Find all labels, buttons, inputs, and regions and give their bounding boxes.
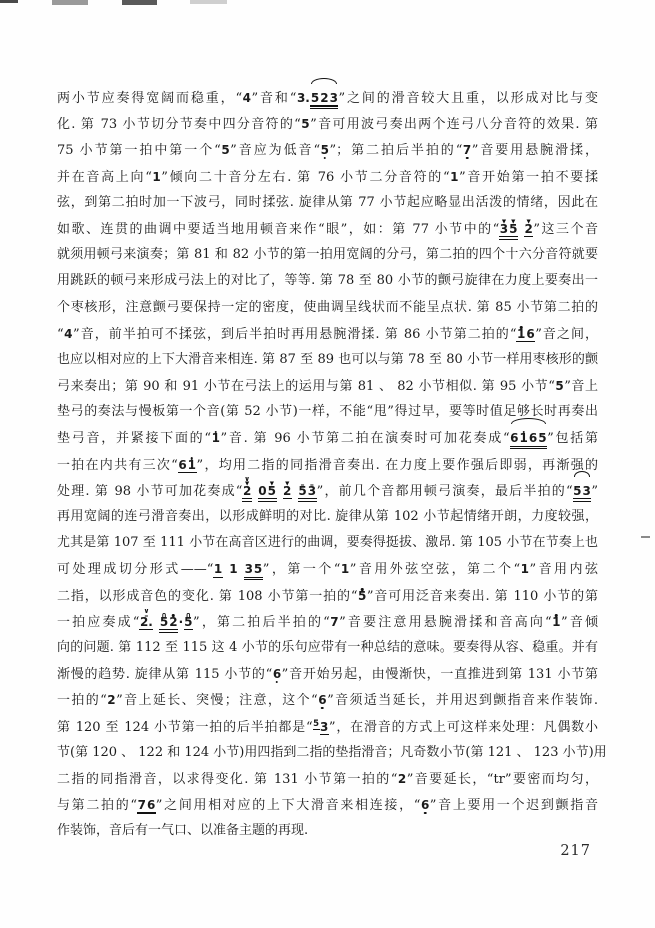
notation-digit: 3▼ — [499, 222, 508, 236]
octave-dot-above-icon — [520, 326, 523, 329]
notation-digit: 5 — [573, 484, 582, 498]
rhythm-underline — [320, 734, 329, 735]
bowing-marks: – — [301, 483, 305, 487]
notation-digit: 3– — [307, 484, 316, 498]
jianpu-notation: 6 — [272, 661, 281, 687]
rhythm-underline-2 — [320, 108, 329, 109]
text-line: 作装饰，音后有一气口、以准备主题的再现. — [57, 818, 598, 844]
rhythm-underline-2 — [253, 579, 262, 580]
rhythm-underline — [139, 629, 153, 630]
notation-digit: 1 — [340, 562, 349, 576]
rhythm-underline — [538, 446, 547, 447]
rhythm-underline — [169, 629, 178, 630]
notation-digit: 5 — [320, 143, 329, 157]
jianpu-notation: 1 — [520, 556, 529, 582]
notation-digit: 1 — [519, 431, 528, 445]
notation-digit: 5▼ — [509, 222, 518, 236]
rhythm-underline-2 — [329, 108, 338, 109]
scanned-page: 两小节应奏得宽阔而稳重，“4”音和“3.523”之间的滑音较大且重，以形成对比与… — [0, 0, 655, 928]
jianpu-notation: 1 — [211, 425, 220, 451]
bowing-marks: ∩ — [161, 612, 167, 618]
text-line: 如歌、连贯的曲调中要适当地用顿音来作“眼”，如：第 77 小节中的“3▼5▼2▼… — [57, 216, 598, 242]
octave-dot-below-icon — [324, 157, 327, 160]
notation-digit: 1 — [211, 431, 220, 445]
rhythm-underline-2 — [573, 501, 582, 502]
bowing-marks: – — [310, 483, 314, 487]
notation-digit: 2▼ — [524, 222, 533, 236]
rhythm-underline — [509, 236, 518, 237]
text-line: 两小节应奏得宽阔而稳重，“4”音和“3.523”之间的滑音较大且重，以形成对比与… — [57, 85, 598, 111]
w-mark-icon: ▼ — [527, 220, 531, 225]
notation-digit: 2 — [107, 693, 116, 707]
jianpu-notation: 6165 — [510, 425, 547, 451]
rhythm-underline — [526, 341, 535, 342]
rhythm-underline-2 — [159, 632, 168, 633]
notation-digit: 4 — [64, 327, 73, 341]
rhythm-underline — [528, 446, 537, 447]
notation-digit: 1 — [552, 615, 561, 629]
octave-dot-below-icon — [466, 157, 469, 160]
notation-digit: 3 — [320, 720, 329, 734]
notation-digit: 1 — [520, 562, 529, 576]
scan-artifact-bar — [190, 0, 227, 4]
w-mark-icon: ▼ — [245, 482, 249, 487]
notation-digit: 6 — [178, 458, 187, 472]
jianpu-notation: 7 — [330, 609, 339, 635]
dash-mark-icon: – — [144, 614, 148, 618]
jianpu-notation: 5 — [301, 111, 310, 137]
w-mark-icon: ▼ — [285, 482, 289, 487]
rhythm-underline — [242, 498, 251, 499]
rhythm-underline-2 — [267, 501, 276, 502]
rhythm-underline — [283, 498, 292, 499]
rhythm-underline-2 — [258, 501, 267, 502]
rhythm-underline — [310, 105, 319, 106]
rhythm-underline — [137, 812, 146, 813]
rhythm-underline-2 — [538, 448, 547, 449]
rhythm-underline-2 — [510, 448, 519, 449]
rhythm-underline — [307, 498, 316, 499]
notation-digit: 3 — [244, 562, 253, 576]
text-line: “4”音，前半拍可不揉弦，到后半拍时再用悬腕滑揉. 第 86 小节第二拍的“16… — [57, 321, 598, 347]
text-line: 再用宽阔的连弓滑音奏出，以形成鲜明的对比. 旋律从第 102 小节起情绪开朗，力… — [57, 504, 598, 530]
rhythm-underline — [267, 498, 276, 499]
rhythm-underline-2 — [582, 501, 591, 502]
rhythm-underline-2 — [242, 501, 251, 502]
jianpu-notation: 6 — [318, 687, 327, 713]
jianpu-notation: 4 — [242, 85, 251, 111]
notation-digit: 5∩ — [184, 615, 193, 629]
notation-digit: 1 — [516, 327, 525, 341]
notation-digit: 5 — [538, 431, 547, 445]
jianpu-notation: 2 — [397, 766, 406, 792]
notation-digit: 2▼ — [283, 484, 292, 498]
text-line: 75 小节第一拍中第一个“5”音应为低音“5”；第二拍后半拍的“7”音要用悬腕滑… — [57, 137, 598, 163]
text-line: 一拍的“2”音上延长、突慢；注意，这个“6”音须适当延长，并用迟到颤指音来作装饰… — [57, 687, 598, 713]
rhythm-underline — [573, 498, 582, 499]
notation-digit: 5 — [358, 589, 367, 603]
notation-digit: 6 — [318, 693, 327, 707]
text-line: 也应以相对应的上下大滑音来相连. 第 87 至 89 也可以与第 78 至 80… — [57, 347, 598, 373]
scan-artifact-bar — [0, 0, 18, 3]
jianpu-notation: 5 — [358, 583, 367, 609]
notation-digit: 5 — [253, 562, 262, 576]
bowing-marks: ▼ — [511, 220, 515, 225]
octave-dot-above-icon — [522, 431, 525, 434]
jianpu-notation: 53 — [313, 714, 329, 740]
text-line: 化. 第 73 小节切分节奏中四分音符的“5”音可用波弓奏出两个连弓八分音符的效… — [57, 111, 598, 137]
rhythm-underline — [329, 105, 338, 106]
text-line: 尤其是第 107 至 111 小节在高音区进行的曲调，要奏得挺拔、激昂. 第 1… — [57, 530, 598, 556]
notation-digit: 2∨▼ — [242, 484, 251, 498]
text-line: 就须用顿弓来演奏；第 81 和 82 小节的第一拍用宽阔的分弓，第二拍的四个十六… — [57, 242, 598, 268]
notation-digit: 1 — [213, 562, 222, 576]
jianpu-notation: 76 — [137, 792, 156, 818]
notation-digit: 6 — [420, 798, 429, 812]
rhythm-underline — [510, 446, 519, 447]
jianpu-notation: 1 — [450, 164, 459, 190]
bowing-marks: ∨▼ — [244, 476, 250, 487]
notation-digit: 5 — [555, 379, 564, 393]
notation-digit: 7 — [137, 798, 146, 812]
bowing-marks: ▼ — [527, 220, 531, 225]
rhythm-underline — [320, 105, 329, 106]
notation-digit: 5 — [221, 143, 230, 157]
notation-digit: 1 — [229, 562, 238, 576]
text-line: 并在音高上向“1”倾向二十音分左右. 第 76 小节二分音符的“1”音开始第一拍… — [57, 164, 598, 190]
bowing-marks: ∨– — [144, 608, 150, 618]
notation-digit: 5∩ — [159, 615, 168, 629]
jianpu-notation: 61 — [178, 452, 197, 478]
jianpu-notation: 1135 — [213, 556, 262, 582]
notation-digit: 7 — [462, 143, 471, 157]
rhythm-underline-2 — [528, 448, 537, 449]
text-line: 可处理成切分形式——“1135”，第一个“1”音用外弦空弦，第二个“1”音用内弦 — [57, 556, 598, 582]
text-line: 节(第 120 、 122 和 124 小节)用四指到二指的垫指滑音；凡奇数小节… — [57, 740, 598, 766]
text-line: 弦，到第二拍时加一下波弓，同时揉弦. 旋律从第 77 小节起应略显出活泼的情绪，… — [57, 190, 598, 216]
jianpu-notation: 5 — [320, 137, 329, 163]
notation-digit: 7 — [330, 615, 339, 629]
jianpu-notation: 5 — [555, 373, 564, 399]
text-line: 处理. 第 98 小节可加花奏成“2∨▼05▼2▼5–3–”，前几个音都用顿弓演… — [57, 478, 598, 504]
rhythm-underline-2 — [499, 239, 508, 240]
jianpu-notation: 1 — [152, 164, 161, 190]
rhythm-underline — [516, 341, 525, 342]
cap-mark-icon: ∩ — [185, 612, 191, 618]
notation-digit: 5▼ — [267, 484, 276, 498]
octave-dot-above-icon — [191, 457, 194, 460]
notation-digit: 0 — [258, 484, 267, 498]
rhythm-underline-2 — [298, 501, 307, 502]
notation-digit: 5 — [301, 117, 310, 131]
rhythm-underline — [582, 498, 591, 499]
jianpu-notation: 4 — [64, 321, 73, 347]
rhythm-underline — [298, 498, 307, 499]
rhythm-underline — [178, 472, 187, 473]
scan-artifact-bar — [52, 0, 88, 5]
notation-digit: 3. — [296, 91, 310, 105]
jianpu-notation: 1 — [340, 556, 349, 582]
text-line: 第 120 至 124 小节第一拍的后半拍都是“53”，在滑音的方式上可这样来处… — [57, 714, 598, 740]
notation-digit: 1 — [187, 458, 196, 472]
rhythm-underline — [519, 446, 528, 447]
rhythm-underline-2 — [244, 579, 253, 580]
body-text: 两小节应奏得宽阔而稳重，“4”音和“3.523”之间的滑音较大且重，以形成对比与… — [57, 85, 598, 844]
notation-digit: 2 — [397, 772, 406, 786]
w-mark-icon: ▼ — [511, 220, 515, 225]
text-line: 二指的同指滑音，以求得变化. 第 131 小节第一拍的“2”音要延长，“tr”要… — [57, 766, 598, 792]
text-line: 渐慢的趋势. 旋律从第 115 小节的“6”音开始另起，由慢渐快，一直推进到第 … — [57, 661, 598, 687]
octave-dot-above-icon — [555, 614, 558, 617]
notation-digit: 6 — [272, 667, 281, 681]
scan-artifact-dash — [641, 536, 650, 538]
text-line: 一拍在内共有三次“61”，均用二指的同指滑音奏出. 在力度上要作强后即弱，再渐强… — [57, 452, 598, 478]
rhythm-underline — [187, 472, 196, 473]
notation-digit: 6 — [146, 798, 155, 812]
cap-mark-icon: ∩ — [161, 612, 167, 618]
notation-digit: 5 — [313, 719, 320, 729]
notation-digit: 5 — [310, 91, 319, 105]
dash-mark-icon: – — [301, 483, 305, 487]
text-line: 垫弓音，并紧接下面的“1”音. 第 96 小节第二拍在演奏时可加花奏成“6165… — [57, 425, 598, 451]
text-line: 用跳跃的顿弓来形成弓法上的对比了，等等. 第 78 至 80 小节的颤弓旋律在力… — [57, 268, 598, 294]
notation-digit: 1 — [152, 170, 161, 184]
rhythm-underline-2 — [519, 448, 528, 449]
w-mark-icon: ▼ — [270, 482, 274, 487]
bowing-marks: ▼ — [285, 482, 289, 487]
rhythm-underline — [213, 577, 222, 578]
octave-dot-below-icon — [276, 681, 279, 684]
octave-dot-above-icon — [361, 588, 364, 591]
rhythm-underline-2 — [169, 632, 178, 633]
rhythm-underline-2 — [509, 239, 518, 240]
notation-digit: 5– — [298, 484, 307, 498]
notation-digit: 3 — [329, 91, 338, 105]
octave-dot-above-icon — [172, 614, 175, 617]
jianpu-notation: 16 — [516, 321, 535, 347]
rhythm-underline — [258, 498, 267, 499]
jianpu-notation: 1 — [552, 609, 561, 635]
text-line: 一拍应奏成“2.∨–5∩2·5∩”，第二拍后半拍的“7”音要注意用悬腕滑揉和音高… — [57, 609, 598, 635]
rhythm-underline — [524, 236, 533, 237]
slur-arc: 6165 — [510, 425, 547, 451]
rhythm-underline — [499, 236, 508, 237]
notation-digit: 2 — [169, 615, 178, 629]
octave-dot-below-icon — [321, 707, 324, 710]
rhythm-underline — [159, 629, 168, 630]
slur-arc: 523 — [310, 85, 338, 111]
jianpu-notation: 2.∨–5∩2·5∩ — [139, 609, 193, 635]
notation-digit: 2.∨– — [139, 615, 153, 629]
octave-dot-below-icon — [424, 812, 427, 815]
rhythm-underline-2 — [310, 108, 319, 109]
jianpu-notation: 7 — [462, 137, 471, 163]
rhythm-underline — [313, 729, 320, 730]
text-line: 二指，以形成音色的变化. 第 108 小节第一拍的“5”音可用泛音来奏出. 第 … — [57, 583, 598, 609]
bowing-marks: ∩ — [185, 612, 191, 618]
rhythm-underline-2 — [307, 501, 316, 502]
rhythm-underline — [244, 577, 253, 578]
notation-digit: 3 — [582, 484, 591, 498]
page-number: 217 — [560, 843, 591, 859]
jianpu-notation: 53 — [573, 478, 592, 504]
text-line: 与第二拍的“76”之间用相对应的上下大滑音来相连接，“6”音上要用一个迟到颤指音 — [57, 792, 598, 818]
jianpu-notation: 5 — [221, 137, 230, 163]
jianpu-notation: 6 — [420, 792, 429, 818]
notation-digit: 4 — [242, 91, 251, 105]
slur-arc: 53 — [573, 478, 592, 504]
rhythm-underline — [184, 629, 193, 630]
octave-dot-above-icon — [215, 431, 218, 434]
notation-digit: 2 — [320, 91, 329, 105]
text-line: 个枣核形，注意颤弓要保持一定的密度，使曲调呈线状而不能呈点状. 第 85 小节第… — [57, 295, 598, 321]
notation-digit: 6 — [510, 431, 519, 445]
w-mark-icon: ▼ — [502, 220, 506, 225]
bowing-marks: ▼ — [502, 220, 506, 225]
text-line: 向的问题. 第 112 至 115 这 4 小节的乐句应带有一种总结的意味。要奏… — [57, 635, 598, 661]
dash-mark-icon: – — [310, 483, 314, 487]
text-line: 弓来奏出；第 90 和 91 小节在弓法上的运用与第 81 、 82 小节相似.… — [57, 373, 598, 399]
notation-digit: 1 — [450, 170, 459, 184]
rhythm-underline — [146, 812, 155, 813]
notation-digit: 6 — [526, 327, 535, 341]
notation-digit: 6 — [528, 431, 537, 445]
jianpu-notation: 2∨▼05▼2▼5–3– — [242, 478, 316, 504]
jianpu-notation: 3.523 — [296, 85, 338, 111]
jianpu-notation: 3▼5▼2▼ — [499, 216, 533, 242]
scan-artifact-bar — [122, 0, 157, 5]
rhythm-underline — [253, 577, 262, 578]
bowing-marks: ▼ — [270, 482, 274, 487]
jianpu-notation: 2 — [107, 687, 116, 713]
